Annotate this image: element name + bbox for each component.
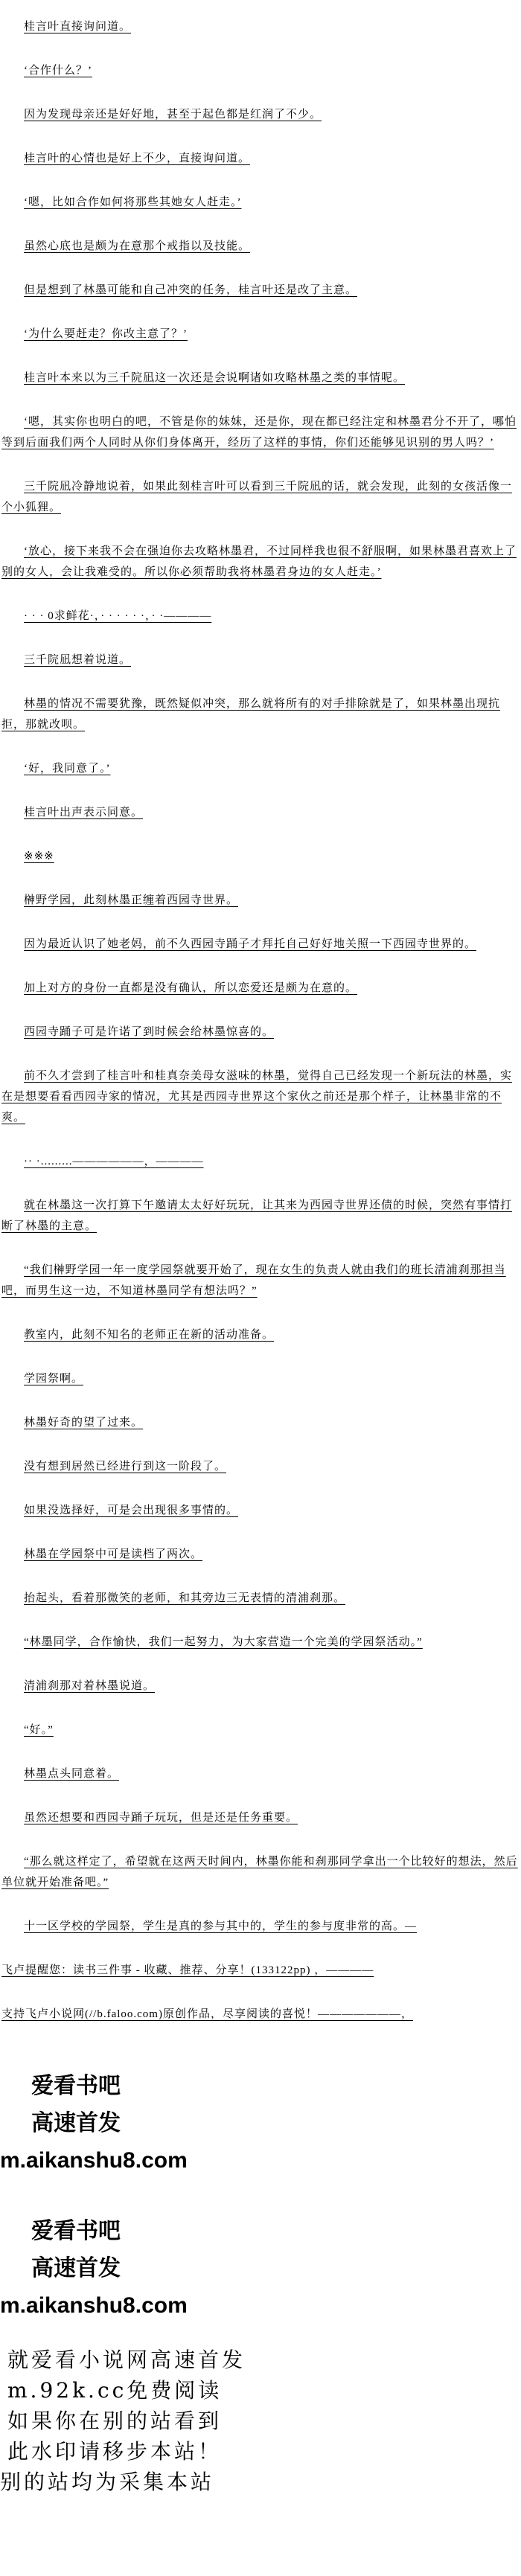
promo-footer: 爱看书吧高速首发m.aikanshu8.com爱看书吧高速首发m.aikansh…: [0, 2068, 521, 2497]
novel-paragraph: 十一区学校的学园祭，学生是真的参与其中的，学生的参与度非常的高。—: [1, 1916, 518, 1937]
novel-paragraph: 就在林墨这一次打算下午邀请太太好好玩玩，让其来为西园寺世界还债的时候，突然有事情…: [1, 1195, 518, 1237]
novel-paragraph: 林墨点头同意着。: [1, 1763, 518, 1784]
novel-paragraph: 桂言叶本来以为三千院凪这一次还是会说啊诸如攻略林墨之类的事情呢。: [1, 368, 518, 388]
novel-paragraph: ‘嗯，其实你也明白的吧，不管是你的妹妹，还是你，现在都已经注定和林墨君分不开了，…: [1, 411, 518, 453]
novel-paragraph: ‘嗯，比如合作如何将那些其她女人赶走。’: [1, 192, 518, 213]
novel-paragraph: ‘好，我同意了。’: [1, 758, 518, 779]
novel-paragraph: 虽然还想要和西园寺踊子玩玩，但是还是任务重要。: [1, 1807, 518, 1828]
promo-line: 高速首发: [31, 2105, 521, 2142]
promo-line: 此水印请移步本站！: [7, 2436, 521, 2467]
novel-paragraph: 没有想到居然已经进行到这一阶段了。: [1, 1456, 518, 1477]
novel-paragraph: · · · 0求鲜花·，· · · · · ·，· ·————: [1, 606, 518, 627]
novel-paragraph: 林墨的情况不需要犹豫，既然疑似冲突，那么就将所有的对手排除就是了，如果林墨出现抗…: [1, 693, 518, 735]
promo-line: 别的站均为采集本站: [0, 2467, 521, 2497]
novel-body: 桂言叶直接询问道。‘合作什么？’因为发现母亲还是好好地，甚至于起色都是红润了不少…: [0, 0, 521, 2025]
promo-line: 就爱看小说网高速首发: [7, 2345, 521, 2375]
novel-paragraph: 西园寺踊子可是许诺了到时候会给林墨惊喜的。: [1, 1022, 518, 1042]
novel-paragraph: 清浦刹那对着林墨说道。: [1, 1676, 518, 1696]
novel-paragraph: 加上对方的身份一直都是没有确认，所以恋爱还是颇为在意的。: [1, 978, 518, 999]
promo-block: 就爱看小说网高速首发m.92k.cc免费阅读如果你在别的站看到此水印请移步本站！…: [0, 2345, 521, 2497]
novel-paragraph: 学园祭啊。: [1, 1368, 518, 1389]
novel-paragraph: 支持飞卢小说网(//b.faloo.com)原创作品，尽享阅读的喜悦！—————…: [1, 2004, 518, 2025]
promo-line: 高速首发: [31, 2250, 521, 2287]
novel-paragraph: “好。”: [1, 1720, 518, 1740]
novel-reader-page: 桂言叶直接询问道。‘合作什么？’因为发现母亲还是好好地，甚至于起色都是红润了不少…: [0, 0, 521, 2576]
novel-paragraph: 教室内，此刻不知名的老师正在新的活动准备。: [1, 1324, 518, 1345]
novel-paragraph: 抬起头，看着那微笑的老师，和其旁边三无表情的清浦刹那。: [1, 1588, 518, 1609]
novel-paragraph: “林墨同学，合作愉快，我们一起努力，为大家营造一个完美的学园祭活动。”: [1, 1632, 518, 1653]
novel-paragraph: 桂言叶直接询问道。: [1, 16, 518, 37]
promo-line: 爱看书吧: [31, 2068, 521, 2105]
novel-paragraph: ·· ·.........——————，————: [1, 1151, 518, 1172]
novel-paragraph: 林墨好奇的望了过来。: [1, 1412, 518, 1433]
promo-line: 爱看书吧: [31, 2213, 521, 2250]
novel-paragraph: ※※※: [1, 846, 518, 867]
novel-paragraph: 飞卢提醒您：读书三件事 - 收藏、推荐、分享！(133122pp) ，————: [1, 1960, 518, 1981]
promo-line: m.aikanshu8.com: [0, 2287, 521, 2325]
novel-paragraph: 前不久才尝到了桂言叶和桂真奈美母女滋味的林墨，觉得自己已经发现一个新玩法的林墨，…: [1, 1066, 518, 1128]
novel-paragraph: 三千院凪冷静地说着，如果此刻桂言叶可以看到三千院凪的话，就会发现，此刻的女孩活像…: [1, 476, 518, 518]
novel-paragraph: ‘合作什么？’: [1, 60, 518, 81]
novel-paragraph: 三千院凪想着说道。: [1, 650, 518, 670]
novel-paragraph: 榊野学园，此刻林墨正缠着西园寺世界。: [1, 890, 518, 911]
novel-paragraph: “那么就这样定了，希望就在这两天时间内，林墨你能和刹那同学拿出一个比较好的想法，…: [1, 1851, 518, 1893]
novel-paragraph: ‘为什么要赶走？你改主意了？’: [1, 324, 518, 345]
novel-paragraph: 因为最近认识了她老妈，前不久西园寺踊子才拜托自己好好地关照一下西园寺世界的。: [1, 934, 518, 955]
promo-line: m.92k.cc免费阅读: [7, 2375, 521, 2406]
novel-paragraph: 林墨在学园祭中可是读档了两次。: [1, 1544, 518, 1565]
novel-paragraph: ‘放心，接下来我不会在强迫你去攻略林墨君，不过同样我也很不舒服啊，如果林墨君喜欢…: [1, 541, 518, 583]
novel-paragraph: 但是想到了林墨可能和自己冲突的任务，桂言叶还是改了主意。: [1, 280, 518, 301]
novel-paragraph: “我们榊野学园一年一度学园祭就要开始了，现在女生的负责人就由我们的班长清浦刹那担…: [1, 1260, 518, 1301]
novel-paragraph: 桂言叶出声表示同意。: [1, 802, 518, 823]
promo-block: 爱看书吧高速首发m.aikanshu8.com: [0, 2068, 521, 2179]
novel-paragraph: 桂言叶的心情也是好上不少，直接询问道。: [1, 148, 518, 169]
promo-line: m.aikanshu8.com: [0, 2142, 521, 2179]
promo-line: 如果你在别的站看到: [7, 2406, 521, 2436]
promo-block: 爱看书吧高速首发m.aikanshu8.com: [0, 2213, 521, 2325]
novel-paragraph: 如果没选择好，可是会出现很多事情的。: [1, 1500, 518, 1521]
novel-paragraph: 因为发现母亲还是好好地，甚至于起色都是红润了不少。: [1, 104, 518, 125]
novel-paragraph: 虽然心底也是颇为在意那个戒指以及技能。: [1, 236, 518, 257]
